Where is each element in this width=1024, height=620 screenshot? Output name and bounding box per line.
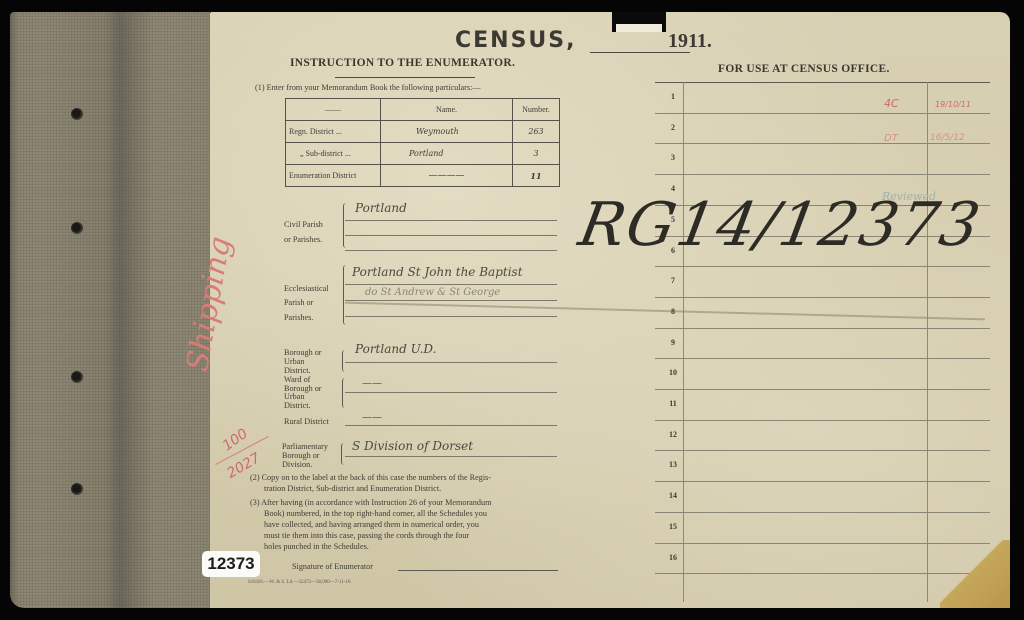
- table-row: „ Sub-district ... Portland 3: [286, 143, 560, 165]
- instruction-text: have collected, and having arranged them…: [250, 519, 560, 530]
- row-number: 263: [513, 121, 560, 143]
- instruction-1: (1) Enter from your Memorandum Book the …: [255, 82, 481, 93]
- instruction-text: Book) numbered, in the top right-hand co…: [250, 508, 560, 519]
- instruction-heading: INSTRUCTION TO THE ENUMERATOR.: [290, 57, 515, 69]
- office-row-number: 14: [664, 491, 682, 500]
- grid-column-line: [683, 82, 684, 602]
- field-line: [345, 300, 557, 301]
- label-line: Urban: [284, 357, 322, 366]
- table-row: Enumeration District ———— 11: [286, 165, 560, 187]
- torn-edge: [612, 12, 666, 32]
- punch-hole: [71, 483, 83, 495]
- rural-district-value: ——: [362, 412, 382, 423]
- office-row-number: 2: [664, 123, 682, 132]
- label-line: District.: [284, 402, 322, 411]
- ecclesiastical-label: Ecclesiastical: [284, 283, 329, 294]
- civil-parish-label: Civil Parish: [284, 219, 323, 230]
- label-line: District.: [284, 366, 322, 375]
- field-line: [345, 250, 557, 251]
- office-row-line: [655, 420, 990, 421]
- office-row-number: 13: [664, 460, 682, 469]
- instruction-text: (2) Copy on to the label at the back of …: [250, 472, 560, 483]
- office-row-line: [655, 450, 990, 451]
- office-row-number: 11: [664, 399, 682, 408]
- punch-hole: [71, 222, 83, 234]
- office-rule: [655, 82, 990, 83]
- label-line: Division.: [282, 460, 328, 469]
- table-header-row: —— Name. Number.: [286, 99, 560, 121]
- table-row: Regn. District ... Weymouth 263: [286, 121, 560, 143]
- office-row-number: 7: [664, 276, 682, 285]
- printer-line: S16181.—W. & S. Ld.—32472—38,000—7-11-10…: [248, 580, 352, 585]
- office-row-line: [655, 143, 990, 144]
- brace: [342, 350, 347, 372]
- red-note: 19/10/11: [935, 100, 971, 109]
- office-row-line: [655, 389, 990, 390]
- header-cell: ——: [286, 99, 381, 121]
- office-row-line: [655, 358, 990, 359]
- field-line: [345, 235, 557, 236]
- heading-rule: [335, 77, 475, 78]
- office-row-number: 8: [664, 307, 682, 316]
- civil-parish-value: Portland: [355, 201, 407, 215]
- field-line: [345, 392, 557, 393]
- office-row-number: 15: [664, 522, 682, 531]
- brace: [342, 378, 347, 408]
- instruction-text: tration District, Sub-district and Enume…: [250, 483, 560, 494]
- office-row-number: 1: [664, 92, 682, 101]
- instruction-text: holes punched in the Schedules.: [250, 541, 560, 552]
- ecclesiastical-value: Portland St John the Baptist: [352, 265, 523, 279]
- brace: [341, 443, 346, 465]
- row-number: 3: [513, 143, 560, 165]
- field-line: [345, 362, 557, 363]
- label-line: Borough or: [284, 348, 322, 357]
- ecclesiastical-label: Parishes.: [284, 312, 313, 323]
- office-row-number: 3: [664, 153, 682, 162]
- row-label: „ Sub-district ...: [286, 143, 381, 165]
- instruction-text: must tie them into this case, passing th…: [250, 530, 560, 541]
- title-rule: [590, 52, 690, 53]
- header-cell: Number.: [513, 99, 560, 121]
- office-row-number: 9: [664, 338, 682, 347]
- archive-label-tag: 12373: [202, 551, 260, 577]
- row-label: Enumeration District: [286, 165, 381, 187]
- parliamentary-label: Parliamentary Borough or Division.: [282, 442, 328, 469]
- ecclesiastical-label: Parish or: [284, 297, 313, 308]
- office-row-line: [655, 266, 990, 267]
- office-heading: FOR USE AT CENSUS OFFICE.: [718, 63, 890, 75]
- field-line: [345, 220, 557, 221]
- brace: [343, 203, 348, 248]
- red-note: 16/5/12: [930, 133, 965, 143]
- label-line: Parliamentary: [282, 442, 328, 451]
- red-note: DT: [884, 133, 898, 144]
- grid-column-line: [927, 82, 928, 602]
- row-name: ————: [381, 165, 513, 187]
- office-row-number: 16: [664, 553, 682, 562]
- row-label: Regn. District ...: [286, 121, 381, 143]
- census-title: CENSUS,: [455, 28, 577, 53]
- borough-label: Borough or Urban District.: [284, 348, 322, 375]
- punch-hole: [71, 371, 83, 383]
- signature-label: Signature of Enumerator: [292, 561, 373, 572]
- instruction-2: (2) Copy on to the label at the back of …: [250, 472, 560, 494]
- punch-hole: [71, 108, 83, 120]
- rural-district-label: Rural District: [284, 416, 329, 427]
- row-name: Portland: [381, 143, 513, 165]
- census-year: 1911.: [668, 30, 712, 53]
- signature-line: [398, 570, 558, 571]
- red-note: 4C: [884, 97, 899, 110]
- instruction-3: (3) After having (in accordance with Ins…: [250, 497, 560, 552]
- instruction-text: (3) After having (in accordance with Ins…: [250, 497, 560, 508]
- header-cell: Name.: [381, 99, 513, 121]
- office-row-line: [655, 174, 990, 175]
- reference-number: RG14/12373: [574, 190, 987, 260]
- office-row-number: 10: [664, 368, 682, 377]
- office-row-line: [655, 481, 990, 482]
- label-line: Borough or: [282, 451, 328, 460]
- book-spine: [10, 12, 210, 608]
- office-row-line: [655, 113, 990, 114]
- office-row-line: [655, 297, 990, 298]
- field-line: [345, 425, 557, 426]
- office-row-number: 12: [664, 430, 682, 439]
- office-row-line: [655, 328, 990, 329]
- district-table: —— Name. Number. Regn. District ... Weym…: [285, 98, 560, 187]
- office-row-line: [655, 512, 990, 513]
- ecclesiastical-value: do St Andrew & St George: [365, 287, 500, 298]
- parliamentary-value: S Division of Dorset: [352, 439, 473, 453]
- corner-stain: [940, 540, 1010, 608]
- civil-parish-label: or Parishes.: [284, 234, 322, 245]
- field-line: [345, 284, 557, 285]
- row-name: Weymouth: [381, 121, 513, 143]
- borough-value: Portland U.D.: [355, 342, 436, 356]
- field-line: [345, 456, 557, 457]
- ward-label: Ward of Borough or Urban District.: [284, 376, 322, 410]
- row-number: 11: [513, 165, 560, 187]
- field-line: [345, 316, 557, 317]
- ward-value: ——: [362, 378, 382, 389]
